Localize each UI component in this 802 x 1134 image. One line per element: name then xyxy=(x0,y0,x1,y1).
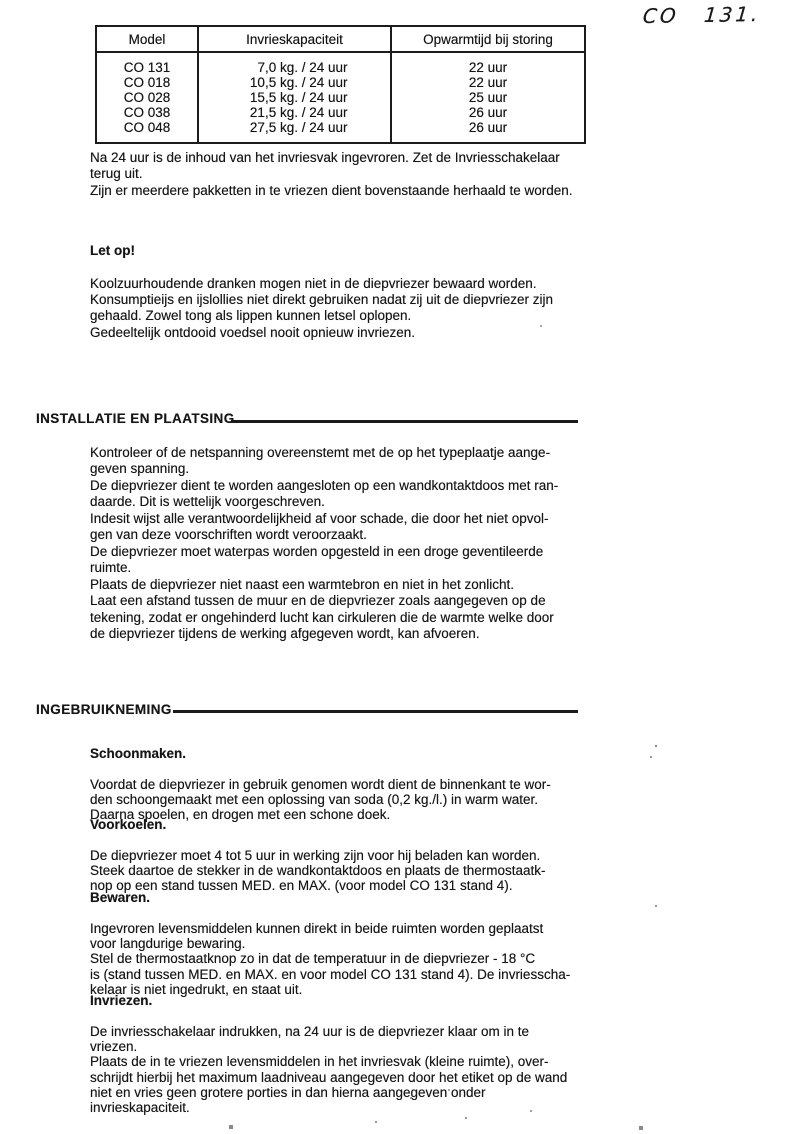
subsection-title: Voorkoelen. xyxy=(90,817,586,832)
installatie-paragraph: Plaats de diepvriezer niet naast een war… xyxy=(90,577,586,642)
cell-capacity: 10,5 kg. / 24 uur xyxy=(198,75,391,90)
installatie-paragraph: Indesit wijst alle verantwoordelijkheid … xyxy=(90,511,586,544)
installatie-paragraph: De diepvriezer dient te worden aangeslot… xyxy=(90,478,586,511)
cell-capacity: 7,0 kg. / 24 uur xyxy=(198,52,391,75)
subsection-body: De invriesschakelaar indrukken, na 24 uu… xyxy=(90,1024,586,1116)
subsection-title: Bewaren. xyxy=(90,890,586,905)
cell-warmup: 26 uur xyxy=(391,120,585,143)
handwritten-model-note: CO 131. xyxy=(642,2,762,28)
table-row: CO 028 15,5 kg. / 24 uur 25 uur xyxy=(96,90,585,105)
installatie-heading-rule xyxy=(231,420,578,423)
cell-warmup: 26 uur xyxy=(391,105,585,120)
cell-warmup: 22 uur xyxy=(391,52,585,75)
intro-paragraph: Na 24 uur is de inhoud van het invriesva… xyxy=(90,150,586,199)
cell-model: CO 018 xyxy=(96,75,198,90)
cell-warmup: 22 uur xyxy=(391,75,585,90)
ingebruikneming-heading-rule xyxy=(173,710,578,713)
let-op-section: Let op! Koolzuurhoudende dranken mogen n… xyxy=(90,227,586,357)
subsection-title: Invriezen. xyxy=(90,993,586,1008)
cell-model: CO 131 xyxy=(96,52,198,75)
cell-model: CO 048 xyxy=(96,120,198,143)
table-row: CO 018 10,5 kg. / 24 uur 22 uur xyxy=(96,75,585,90)
section-heading-ingebruikneming: INGEBRUIKNEMING xyxy=(36,702,172,717)
subsection-title: Schoonmaken. xyxy=(90,746,586,761)
cell-capacity: 27,5 kg. / 24 uur xyxy=(198,120,391,143)
document-page: CO 131. Model Invrieskapaciteit Opwarmti… xyxy=(0,0,802,1134)
let-op-body: Koolzuurhoudende dranken mogen niet in d… xyxy=(90,276,586,341)
col-header-warmup: Opwarmtijd bij storing xyxy=(391,26,585,52)
let-op-title: Let op! xyxy=(90,243,586,259)
scan-noise-speckles xyxy=(0,0,2,2)
subsection-invriezen: Invriezen. De invriesschakelaar indrukke… xyxy=(90,978,586,1131)
table-row: CO 048 27,5 kg. / 24 uur 26 uur xyxy=(96,120,585,143)
cell-capacity: 21,5 kg. / 24 uur xyxy=(198,105,391,120)
col-header-capacity: Invrieskapaciteit xyxy=(198,26,391,52)
installatie-paragraph: Kontroleer of de netspanning overeenstem… xyxy=(90,445,586,478)
cell-model: CO 038 xyxy=(96,105,198,120)
section-heading-installatie: INSTALLATIE EN PLAATSING. xyxy=(36,411,239,426)
cell-warmup: 25 uur xyxy=(391,90,585,105)
table-header-row: Model Invrieskapaciteit Opwarmtijd bij s… xyxy=(96,26,585,52)
capacity-table: Model Invrieskapaciteit Opwarmtijd bij s… xyxy=(95,25,586,144)
cell-capacity: 15,5 kg. / 24 uur xyxy=(198,90,391,105)
col-header-model: Model xyxy=(96,26,198,52)
table-row: CO 131 7,0 kg. / 24 uur 22 uur xyxy=(96,52,585,75)
table-row: CO 038 21,5 kg. / 24 uur 26 uur xyxy=(96,105,585,120)
cell-model: CO 028 xyxy=(96,90,198,105)
installatie-paragraph: De diepvriezer moet waterpas worden opge… xyxy=(90,544,586,577)
